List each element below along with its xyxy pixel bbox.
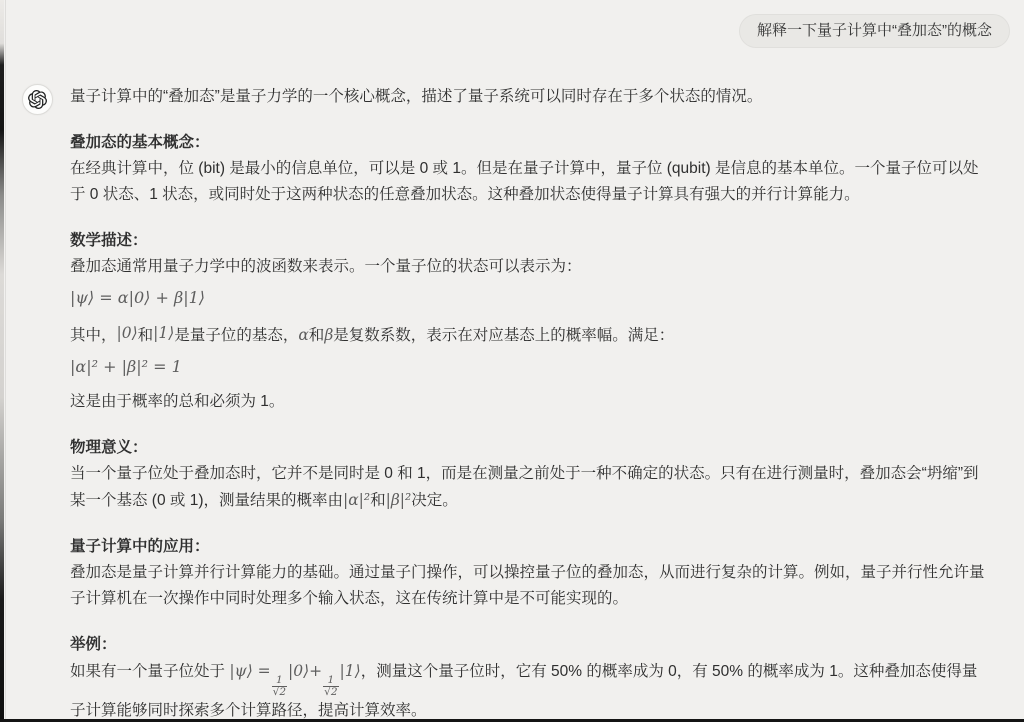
psi-equals-math: |ψ⟩ = (229, 662, 270, 680)
section-body: 叠加态是量子计算并行计算能力的基础。通过量子门操作，可以操控量子位的叠加态，从而… (70, 560, 986, 612)
alpha-squared-math: |α|² (343, 491, 370, 509)
beta-squared-math: |β|² (386, 491, 412, 509)
alpha-math: α (298, 326, 308, 344)
ket0-math: |0⟩ (117, 324, 138, 342)
probability-sum-line: 这是由于概率的总和必须为 1。 (70, 389, 986, 415)
section-example: 举例： 如果有一个量子位处于 |ψ⟩ =1√2|0⟩+1√2|1⟩，测量这个量子… (70, 632, 986, 722)
fraction-one-over-sqrt2: 1√2 (323, 675, 338, 698)
text-segment: 和 (309, 327, 325, 344)
text-segment: 和 (370, 492, 386, 509)
assistant-avatar (22, 84, 53, 115)
text-segment: 是量子位的基态， (174, 327, 298, 344)
section-body: 当一个量子位处于叠加态时，它并不是同时是 0 和 1，而是在测量之前处于一种不确… (70, 461, 986, 514)
ket1-math: |1⟩ (340, 662, 361, 680)
intro-paragraph: 量子计算中的“叠加态”是量子力学的一个核心概念，描述了量子系统可以同时存在于多个… (70, 84, 986, 110)
text-segment: 当一个量子位处于叠加态时，它并不是同时是 0 和 1，而是在测量之前处于一种不确… (70, 465, 979, 509)
section-math-description: 数学描述： 叠加态通常用量子力学中的波函数来表示。一个量子位的状态可以表示为： … (70, 228, 986, 415)
fraction-one-over-sqrt2: 1√2 (272, 675, 287, 698)
assistant-message-content: 量子计算中的“叠加态”是量子力学的一个核心概念，描述了量子系统可以同时存在于多个… (70, 84, 986, 722)
fraction-numerator: 1 (276, 675, 283, 686)
section-body: 叠加态通常用量子力学中的波函数来表示。一个量子位的状态可以表示为： (70, 254, 986, 280)
ket1-math: |1⟩ (153, 324, 174, 342)
text-segment: 决定。 (411, 492, 458, 509)
plus-sign-math: + (309, 662, 322, 680)
section-heading: 数学描述： (70, 228, 986, 254)
fraction-denominator: √2 (323, 686, 338, 698)
fraction-numerator: 1 (328, 675, 335, 686)
beta-math: β (324, 326, 333, 344)
text-segment: 其中， (70, 327, 117, 344)
section-applications: 量子计算中的应用： 叠加态是量子计算并行计算能力的基础。通过量子门操作，可以操控… (70, 534, 986, 612)
section-body: 在经典计算中，位 (bit) 是最小的信息单位，可以是 0 或 1。但是在量子计… (70, 156, 986, 208)
section-heading: 物理意义： (70, 435, 986, 461)
superposition-formula: |ψ⟩ = α|0⟩ + β|1⟩ (70, 286, 986, 310)
fraction-denominator: √2 (272, 686, 287, 698)
normalization-formula: |α|² + |β|² = 1 (70, 355, 986, 379)
photo-left-edge (0, 0, 4, 722)
photo-left-edge-line (5, 0, 6, 722)
section-basic-concept: 叠加态的基本概念： 在经典计算中，位 (bit) 是最小的信息单位，可以是 0 … (70, 130, 986, 208)
text-segment: 如果有一个量子位处于 (70, 663, 229, 680)
user-message-bubble: 解释一下量子计算中“叠加态”的概念 (739, 14, 1010, 48)
openai-logo-icon (28, 90, 47, 109)
section-heading: 举例： (70, 632, 986, 658)
section-heading: 量子计算中的应用： (70, 534, 986, 560)
section-physical-meaning: 物理意义： 当一个量子位处于叠加态时，它并不是同时是 0 和 1，而是在测量之前… (70, 435, 986, 514)
text-segment: 和 (138, 327, 154, 344)
user-message-row: 解释一下量子计算中“叠加态”的概念 (0, 0, 1024, 48)
ket0-math: |0⟩ (288, 662, 309, 680)
section-heading: 叠加态的基本概念： (70, 130, 986, 156)
basis-explanation-line: 其中，|0⟩和|1⟩是量子位的基态，α和β是复数系数，表示在对应基态上的概率幅。… (70, 320, 986, 349)
text-segment: 是复数系数，表示在对应基态上的概率幅。满足： (333, 327, 674, 344)
assistant-message-row: 量子计算中的“叠加态”是量子力学的一个核心概念，描述了量子系统可以同时存在于多个… (0, 84, 1024, 722)
section-body: 如果有一个量子位处于 |ψ⟩ =1√2|0⟩+1√2|1⟩，测量这个量子位时，它… (70, 658, 986, 722)
